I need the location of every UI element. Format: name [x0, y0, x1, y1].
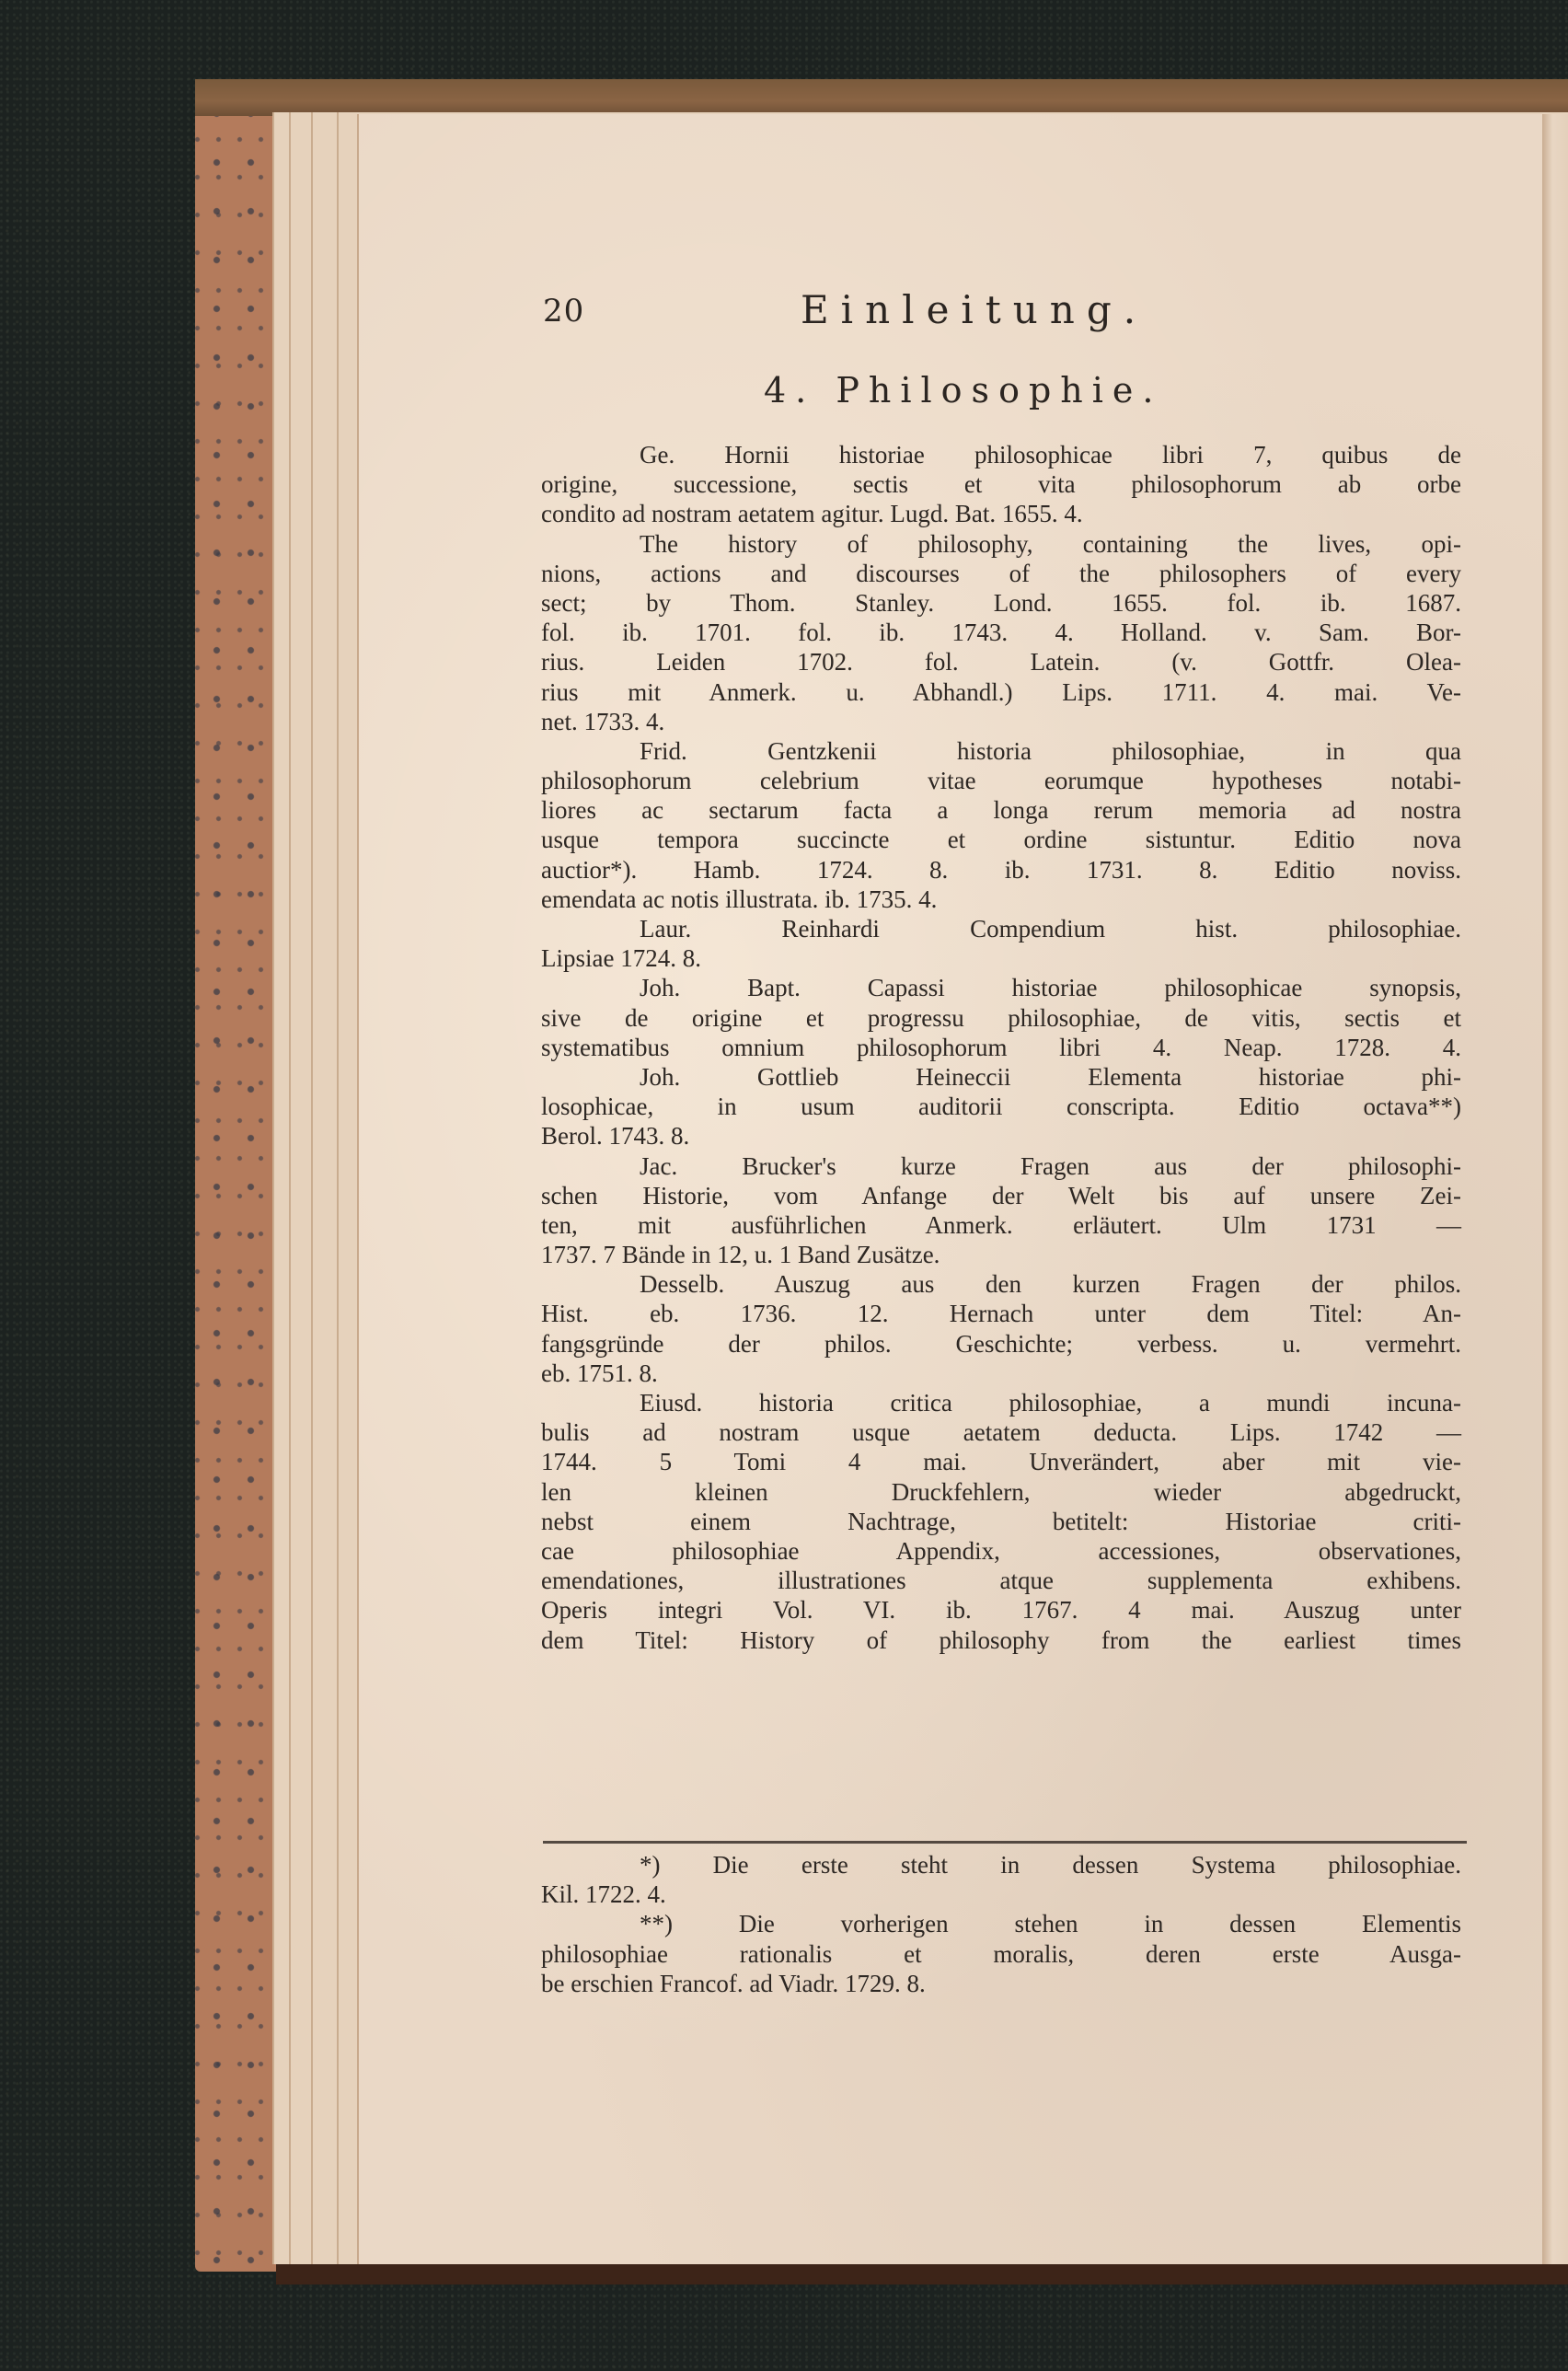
text-line: sect; by Thom. Stanley. Lond. 1655. fol.…	[541, 588, 1461, 618]
text-line: emendata ac notis illustrata. ib. 1735. …	[541, 885, 1461, 914]
text-line: auctior*). Hamb. 1724. 8. ib. 1731. 8. E…	[541, 855, 1461, 885]
text-line: Ge. Hornii historiae philosophicae libri…	[541, 440, 1461, 469]
text-line: net. 1733. 4.	[541, 707, 1461, 736]
text-line: losophicae, in usum auditorii conscripta…	[541, 1092, 1461, 1121]
text-line: Desselb. Auszug aus den kurzen Fragen de…	[541, 1269, 1461, 1299]
text-line: condito ad nostram aetatem agitur. Lugd.…	[541, 499, 1461, 528]
text-line: Hist. eb. 1736. 12. Hernach unter dem Ti…	[541, 1299, 1461, 1328]
text-line: usque tempora succincte et ordine sistun…	[541, 825, 1461, 854]
running-head-title: Einleitung.	[801, 287, 1147, 332]
page-gutter	[1542, 114, 1568, 2264]
text-line: rius. Leiden 1702. fol. Latein. (v. Gott…	[541, 647, 1461, 677]
text-line: rius mit Anmerk. u. Abhandl.) Lips. 1711…	[541, 677, 1461, 707]
text-line: origine, successione, sectis et vita phi…	[541, 469, 1461, 499]
running-head: 20 Einleitung.	[543, 287, 1463, 342]
book-cover-top-edge	[195, 79, 1568, 116]
text-line: Joh. Bapt. Capassi historiae philosophic…	[541, 973, 1461, 1002]
text-line: systematibus omnium philosophorum libri …	[541, 1033, 1461, 1062]
text-line: sive de origine et progressu philosophia…	[541, 1003, 1461, 1033]
footnote-divider	[543, 1841, 1467, 1844]
text-line: philosophorum celebrium vitae eorumque h…	[541, 766, 1461, 795]
text-line: Laur. Reinhardi Compendium hist. philoso…	[541, 914, 1461, 943]
text-line: Operis integri Vol. VI. ib. 1767. 4 mai.…	[541, 1595, 1461, 1625]
text-line: Frid. Gentzkenii historia philosophiae, …	[541, 736, 1461, 766]
footnote-line: philosophiae rationalis et moralis, dere…	[541, 1939, 1461, 1969]
footnote-line: **) Die vorherigen stehen in dessen Elem…	[541, 1909, 1461, 1938]
text-line: Lipsiae 1724. 8.	[541, 943, 1461, 973]
text-line: bulis ad nostram usque aetatem deducta. …	[541, 1417, 1461, 1447]
text-line: Joh. Gottlieb Heineccii Elementa histori…	[541, 1062, 1461, 1092]
book-cover-bottom-edge	[276, 2264, 1568, 2284]
text-line: cae philosophiae Appendix, accessiones, …	[541, 1536, 1461, 1566]
text-line: fol. ib. 1701. fol. ib. 1743. 4. Holland…	[541, 618, 1461, 647]
body-text: Ge. Hornii historiae philosophicae libri…	[541, 440, 1461, 1655]
footnote-line: *) Die erste steht in dessen Systema phi…	[541, 1850, 1461, 1879]
text-line: emendationes, illustrationes atque suppl…	[541, 1566, 1461, 1595]
footnote-line: be erschien Francof. ad Viadr. 1729. 8.	[541, 1969, 1461, 1998]
text-line: liores ac sectarum facta a longa rerum m…	[541, 795, 1461, 825]
footnote-line: Kil. 1722. 4.	[541, 1879, 1461, 1909]
text-line: len kleinen Druckfehlern, wieder abgedru…	[541, 1477, 1461, 1507]
text-line: Eiusd. historia critica philosophiae, a …	[541, 1388, 1461, 1417]
footnotes: *) Die erste steht in dessen Systema phi…	[541, 1850, 1461, 1998]
text-line: 1737. 7 Bände in 12, u. 1 Band Zusätze.	[541, 1240, 1461, 1269]
page-number: 20	[543, 293, 584, 330]
text-line: The history of philosophy, containing th…	[541, 529, 1461, 559]
text-line: fangsgründe der philos. Geschichte; verb…	[541, 1329, 1461, 1359]
text-line: ten, mit ausführlichen Anmerk. erläutert…	[541, 1210, 1461, 1240]
text-line: 1744. 5 Tomi 4 mai. Unverändert, aber mi…	[541, 1447, 1461, 1476]
text-line: Jac. Brucker's kurze Fragen aus der phil…	[541, 1151, 1461, 1181]
text-line: dem Titel: History of philosophy from th…	[541, 1625, 1461, 1655]
text-line: nions, actions and discourses of the phi…	[541, 559, 1461, 588]
text-line: schen Historie, vom Anfange der Welt bis…	[541, 1181, 1461, 1210]
text-line: Berol. 1743. 8.	[541, 1121, 1461, 1151]
text-line: nebst einem Nachtrage, betitelt: Histori…	[541, 1507, 1461, 1536]
text-line: eb. 1751. 8.	[541, 1359, 1461, 1388]
section-title: 4. Philosophie.	[764, 370, 1162, 411]
